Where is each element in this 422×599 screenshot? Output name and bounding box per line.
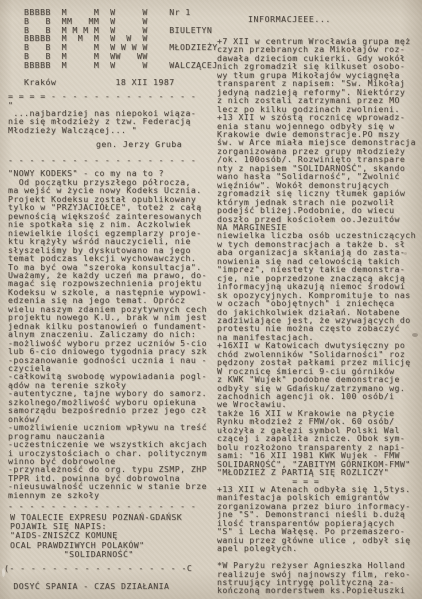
scan-edge-artifact [2,568,5,577]
news-section-heading: INFORMACJEEE... [248,15,331,23]
news-section-body: +7 XII w centrum Wrocławia grupa męż czy… [217,37,416,595]
article-body: Od początku przyszłego półrocza, ma wejś… [8,178,207,499]
bottom-slogan: DOSYĆ SPANIA - CZAS DZIAŁANIA [8,582,169,590]
motto-quote: ...najbardziej nas niepokoi wiąza- nie s… [8,109,196,134]
scanned-bulletin-page: BBBBB M M W W Nr 1 B B MM MM W W B B M M… [0,0,422,599]
separator-line-top: = = = = - - - - - - - - - - - - - - [8,92,196,100]
masthead-bmw-ascii-logo: BBBBB M M W W Nr 1 B B MM MM W W B B M M… [24,8,218,87]
quote-attribution: gen. Jerzy Gruba [96,140,182,148]
separator-line-mid: - - - - - - - - - - - - - - - - - - [8,156,196,164]
scan-smudge [412,333,418,337]
separator-line-c: (- - - - - - - - - - - - - - - - -C [4,564,192,572]
separator-line-low: - - - - - - - - - - - - - - - - - - [8,502,196,510]
graffiti-note: W TOALECIE EXPRESU POZNAŃ-GDAŃSK POJAWIŁ… [10,513,182,559]
scan-smudge [404,252,407,255]
